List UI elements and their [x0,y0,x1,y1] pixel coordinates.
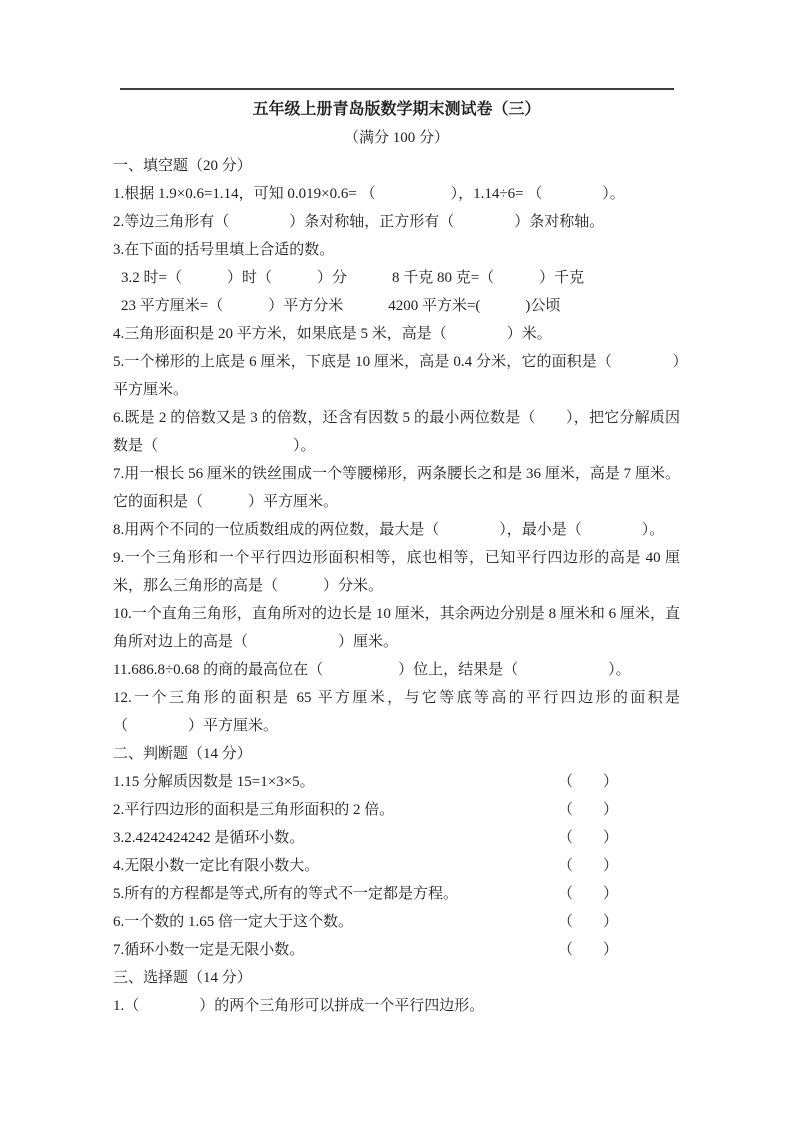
fill-question-10: 10.一个直角三角形，直角所对的边长是 10 厘米，其余两边分别是 8 厘米和 … [113,600,680,656]
judge-question-row-4: 4.无限小数一定比有限小数大。 （ ） [113,852,680,880]
section-heading-fill: 一、填空题（20 分） [113,152,680,180]
judge-question-text: 3.2.4242424242 是循环小数。 [113,824,304,852]
judge-question-row-1: 1.15 分解质因数是 15=1×3×5。 （ ） [113,768,680,796]
test-paper-page: 五年级上册青岛版数学期末测试卷（三） （满分 100 分） 一、填空题（20 分… [0,0,793,1122]
fill-question-4: 4.三角形面积是 20 平方米，如果底是 5 米，高是（ ）米。 [113,320,680,348]
paper-subtitle: （满分 100 分） [113,124,680,152]
judge-question-text: 7.循环小数一定是无限小数。 [113,936,304,964]
fill-question-2: 2.等边三角形有（ ）条对称轴，正方形有（ ）条对称轴。 [113,208,680,236]
answer-bracket: （ ） [558,936,618,964]
section-heading-judge: 二、判断题（14 分） [113,740,680,768]
fill-question-3-subline-2: 23 平方厘米=（ ）平方分米 4200 平方米=( )公顷 [113,292,680,320]
answer-bracket: （ ） [558,824,618,852]
answer-bracket: （ ） [558,908,618,936]
paper-content: 五年级上册青岛版数学期末测试卷（三） （满分 100 分） 一、填空题（20 分… [113,96,680,1020]
judge-question-text: 1.15 分解质因数是 15=1×3×5。 [113,768,315,796]
judge-question-text: 5.所有的方程都是等式,所有的等式不一定都是方程。 [113,880,458,908]
header-divider [120,88,674,90]
fill-question-3-subline-1: 3.2 时=（ ）时（ ）分 8 千克 80 克=（ ）千克 [113,264,680,292]
answer-bracket: （ ） [558,796,618,824]
fill-question-9: 9.一个三角形和一个平行四边形面积相等，底也相等，已知平行四边形的高是 40 厘… [113,544,680,600]
answer-bracket: （ ） [558,852,618,880]
judge-question-text: 6.一个数的 1.65 倍一定大于这个数。 [113,908,353,936]
fill-question-3: 3.在下面的括号里填上合适的数。 [113,236,680,264]
fill-question-8: 8.用两个不同的一位质数组成的两位数，最大是（ ），最小是（ ）。 [113,516,680,544]
judge-question-row-7: 7.循环小数一定是无限小数。 （ ） [113,936,680,964]
fill-question-6: 6.既是 2 的倍数又是 3 的倍数，还含有因数 5 的最小两位数是（ ），把它… [113,404,680,460]
judge-question-row-5: 5.所有的方程都是等式,所有的等式不一定都是方程。 （ ） [113,880,680,908]
fill-question-5: 5.一个梯形的上底是 6 厘米，下底是 10 厘米，高是 0.4 分米，它的面积… [113,348,680,404]
answer-bracket: （ ） [558,880,618,908]
fill-question-1: 1.根据 1.9×0.6=1.14，可知 0.019×0.6= （ ），1.14… [113,180,680,208]
fill-question-12: 12.一个三角形的面积是 65 平方厘米，与它等底等高的平行四边形的面积是（ ）… [113,684,680,740]
fill-question-11: 11.686.8÷0.68 的商的最高位在（ ）位上，结果是（ ）。 [113,656,680,684]
judge-question-text: 4.无限小数一定比有限小数大。 [113,852,319,880]
answer-bracket: （ ） [558,768,618,796]
fill-question-7: 7.用一根长 56 厘米的铁丝围成一个等腰梯形，两条腰长之和是 36 厘米，高是… [113,460,680,516]
judge-question-row-2: 2.平行四边形的面积是三角形面积的 2 倍。 （ ） [113,796,680,824]
judge-question-row-3: 3.2.4242424242 是循环小数。 （ ） [113,824,680,852]
judge-question-row-6: 6.一个数的 1.65 倍一定大于这个数。 （ ） [113,908,680,936]
choice-question-1: 1.（ ）的两个三角形可以拼成一个平行四边形。 [113,992,680,1020]
paper-title: 五年级上册青岛版数学期末测试卷（三） [113,96,680,124]
judge-question-text: 2.平行四边形的面积是三角形面积的 2 倍。 [113,796,394,824]
section-heading-choice: 三、选择题（14 分） [113,964,680,992]
